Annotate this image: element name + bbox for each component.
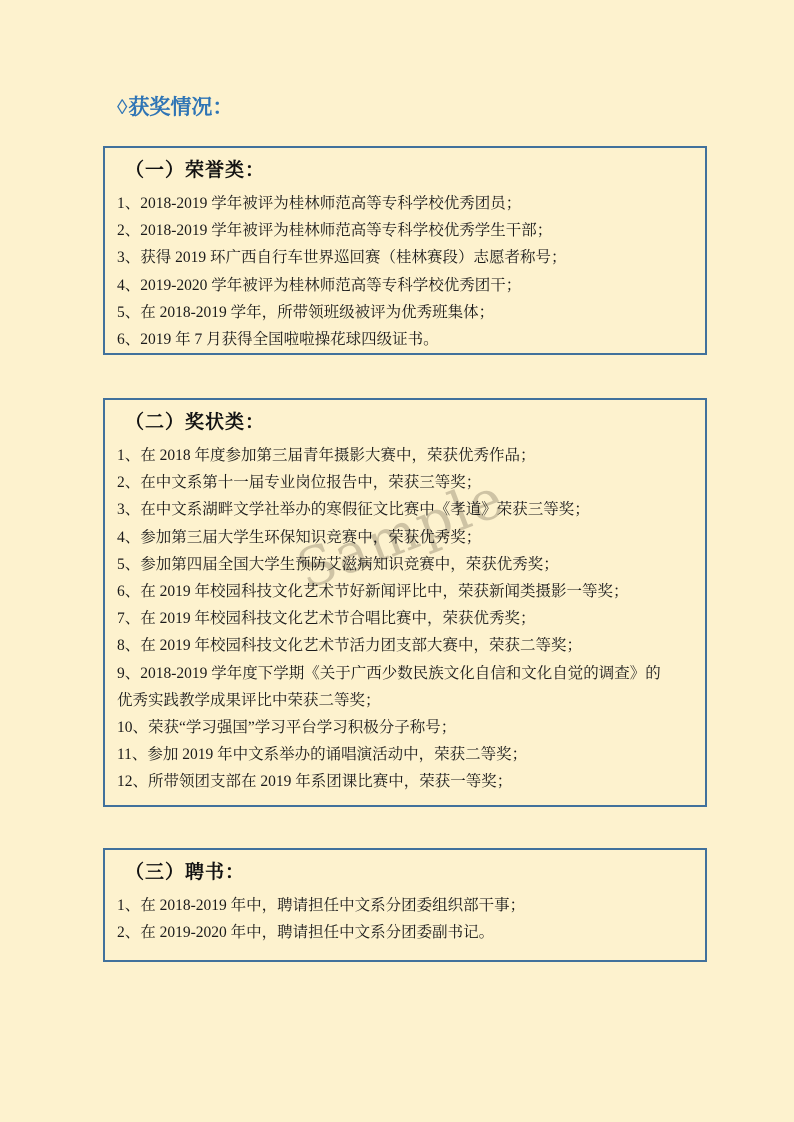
award-item: 6、2019 年 7 月获得全国啦啦操花球四级证书。	[117, 326, 665, 353]
section-certificates-heading: （二）奖状类：	[117, 408, 665, 438]
award-item: 6、在 2019 年校园科技文化艺术节好新闻评比中，荣获新闻类摄影一等奖；	[117, 578, 665, 605]
section-appointments-heading: （三）聘书：	[117, 858, 665, 888]
page-title: ◊获奖情况：	[117, 91, 233, 123]
award-item: 8、在 2019 年校园科技文化艺术节活力团支部大赛中，荣获二等奖；	[117, 632, 665, 659]
award-item: 5、在 2018-2019 学年，所带领班级被评为优秀班集体；	[117, 299, 665, 326]
award-item: 5、参加第四届全国大学生预防艾滋病知识竞赛中，荣获优秀奖；	[117, 551, 665, 578]
award-item: 2、在 2019-2020 年中，聘请担任中文系分团委副书记。	[117, 919, 665, 946]
award-item: 7、在 2019 年校园科技文化艺术节合唱比赛中，荣获优秀奖；	[117, 605, 665, 632]
award-item: 2、在中文系第十一届专业岗位报告中，荣获三等奖；	[117, 469, 665, 496]
award-item: 11、参加 2019 年中文系举办的诵唱演活动中，荣获二等奖；	[117, 741, 665, 768]
page-title-text: 获奖情况：	[128, 95, 233, 119]
award-item: 1、2018-2019 学年被评为桂林师范高等专科学校优秀团员；	[117, 190, 665, 217]
section-honors-heading: （一）荣誉类：	[117, 156, 665, 186]
award-item: 12、所带领团支部在 2019 年系团课比赛中，荣获一等奖；	[117, 768, 665, 795]
award-item: 1、在 2018-2019 年中，聘请担任中文系分团委组织部干事；	[117, 892, 665, 919]
award-item: 10、荣获“学习强国”学习平台学习积极分子称号；	[117, 714, 665, 741]
diamond-icon: ◊	[117, 95, 127, 119]
award-item: 3、在中文系湖畔文学社举办的寒假征文比赛中《孝道》荣获三等奖；	[117, 496, 665, 523]
award-item: 3、获得 2019 环广西自行车世界巡回赛（桂林赛段）志愿者称号；	[117, 244, 665, 271]
award-item: 4、2019-2020 学年被评为桂林师范高等专科学校优秀团干；	[117, 272, 665, 299]
section-certificates: （二）奖状类： 1、在 2018 年度参加第三届青年摄影大赛中，荣获优秀作品； …	[103, 398, 707, 807]
document-page: Sample ◊获奖情况： （一）荣誉类： 1、2018-2019 学年被评为桂…	[0, 0, 794, 1122]
section-honors: （一）荣誉类： 1、2018-2019 学年被评为桂林师范高等专科学校优秀团员；…	[103, 146, 707, 355]
award-item: 2、2018-2019 学年被评为桂林师范高等专科学校优秀学生干部；	[117, 217, 665, 244]
award-item: 1、在 2018 年度参加第三届青年摄影大赛中，荣获优秀作品；	[117, 442, 665, 469]
section-appointments: （三）聘书： 1、在 2018-2019 年中，聘请担任中文系分团委组织部干事；…	[103, 848, 707, 962]
award-item: 9、2018-2019 学年度下学期《关于广西少数民族文化自信和文化自觉的调查》…	[117, 660, 665, 714]
award-item: 4、参加第三届大学生环保知识竞赛中，荣获优秀奖；	[117, 524, 665, 551]
